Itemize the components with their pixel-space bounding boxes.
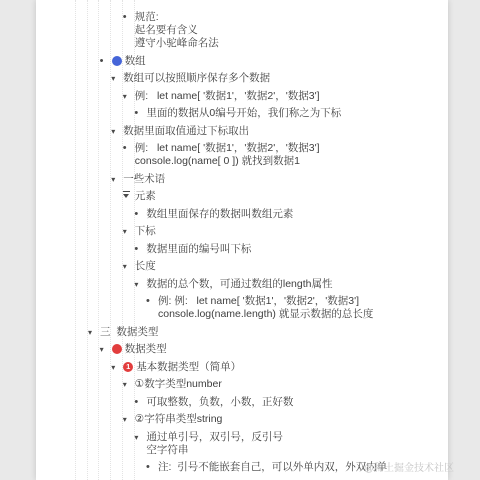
outline-item-text[interactable]: 里面的数据从0编号开始，我们称之为下标 [146,107,341,120]
collapse-arrow-icon[interactable]: ▾ [100,343,112,356]
red-dot-icon [112,344,122,354]
outline-item-text[interactable]: 数据里面取值通过下标取出 [123,125,249,138]
bullet-icon[interactable]: • [134,107,146,120]
bullet-icon[interactable]: • [134,208,146,221]
bullet-icon[interactable]: • [146,461,158,474]
outline-item[interactable]: ▾ 1基本数据类型（简单） [36,361,448,374]
collapse-arrow-icon[interactable]: ▾ [111,125,123,138]
collapse-arrow-icon[interactable]: ▾ [123,378,135,391]
outline-item[interactable]: • 例: 例: let name[ '数据1'，'数据2'，'数据3'] con… [36,295,448,321]
outline-item[interactable]: ▾ 通过单引号，双引号，反引号 空字符串 [36,431,448,457]
outline-item[interactable]: ▾ 数据类型 [36,343,448,356]
outline-item-text[interactable]: 例: let name[ '数据1'，'数据2'，'数据3'] [135,90,320,103]
outline-item[interactable]: ▾ 一些术语 [36,173,448,186]
outline-item[interactable]: ▾ 数据的总个数，可通过数组的length属性 [36,278,448,291]
bullet-icon[interactable]: • [146,295,158,308]
outline-item-text[interactable]: 可取整数，负数，小数，正好数 [146,396,293,409]
outline-item-text[interactable]: 下标 [135,225,156,238]
red-number-badge: 1 [123,362,133,372]
collapse-arrow-icon[interactable]: ▾ [123,90,135,103]
collapse-arrow-icon[interactable]: ▾ [123,413,135,426]
outline-item[interactable]: ▾ ①数字类型number [36,378,448,391]
outline-item[interactable]: ▾ 例: let name[ '数据1'，'数据2'，'数据3'] [36,90,448,103]
outline-item[interactable]: • 里面的数据从0编号开始，我们称之为下标 [36,107,448,120]
outline-item[interactable]: ▾ 下标 [36,225,448,238]
outline-item-text[interactable]: 数据里面的编号叫下标 [146,243,251,256]
outline-item-text[interactable]: 数据的总个数，可通过数组的length属性 [146,278,332,291]
outline-item-text[interactable]: 通过单引号，双引号，反引号 空字符串 [146,431,283,457]
blue-dot-icon [112,56,122,66]
outline-item-text[interactable]: 元素 [135,190,156,203]
outline-item[interactable]: • 规范: 起名要有含义 遵守小驼峰命名法 [36,11,448,50]
outline-item-text[interactable]: 长度 [135,260,156,273]
document-page: • 规范: 起名要有含义 遵守小驼峰命名法 • 数组 ▾ 数组可以按照顺序保存多… [36,0,448,480]
outline-item-text[interactable]: ②字符串类型string [135,413,223,426]
bullet-icon[interactable]: • [100,55,112,68]
watermark: @稀土掘金技术社区 [364,459,454,474]
outline-item[interactable]: ▾ 长度 [36,260,448,273]
bullet-icon[interactable]: • [123,142,135,155]
outline-item[interactable]: • 例: let name[ '数据1'，'数据2'，'数据3'] consol… [36,142,448,168]
collapse-arrow-icon[interactable]: ▾ [123,260,135,273]
collapse-arrow-icon[interactable]: ▾ [111,72,123,85]
outline-item-text[interactable]: 数组可以按照顺序保存多个数据 [123,72,270,85]
collapse-arrow-icon[interactable]: ▾ [123,225,135,238]
collapse-arrow-icon[interactable]: ▾ [134,278,146,291]
bullet-icon[interactable]: • [123,11,135,24]
outline-item-text[interactable]: 数组里面保存的数据叫数组元素 [146,208,293,221]
app-background: • 规范: 起名要有含义 遵守小驼峰命名法 • 数组 ▾ 数组可以按照顺序保存多… [0,0,480,480]
outline-item-text[interactable]: 三 数据类型 [100,326,158,339]
collapse-arrow-icon[interactable]: ▾ [88,326,100,339]
outline-item-text[interactable]: 规范: 起名要有含义 遵守小驼峰命名法 [135,11,219,50]
outline-item-text[interactable]: 注: 引号不能嵌套自己，可以外单内双，外双内单 [158,461,387,474]
outline-item-text[interactable]: 例: let name[ '数据1'，'数据2'，'数据3'] console.… [135,142,320,168]
outline-item-text[interactable]: 一些术语 [123,173,165,186]
collapse-arrow-icon[interactable]: ▾ [111,173,123,186]
outline-item[interactable]: ▾ 数据里面取值通过下标取出 [36,125,448,138]
collapsed-marker[interactable] [123,190,135,203]
outline-item-text[interactable]: 例: 例: let name[ '数据1'，'数据2'，'数据3'] conso… [158,295,373,321]
outline-item[interactable]: ▾ 三 数据类型 [36,326,448,339]
outline-item[interactable]: ▾ ②字符串类型string [36,413,448,426]
outline-item-text[interactable]: ①数字类型number [135,378,222,391]
outline-item-text[interactable]: 数组 [125,55,146,68]
outline-item[interactable]: • 可取整数，负数，小数，正好数 [36,396,448,409]
outline-item[interactable]: • 数组 [36,55,448,68]
outline-item[interactable]: 元素 [36,190,448,203]
outline-item[interactable]: ▾ 数组可以按照顺序保存多个数据 [36,72,448,85]
outline-item[interactable]: • 数组里面保存的数据叫数组元素 [36,208,448,221]
outline-item[interactable]: • 数据里面的编号叫下标 [36,243,448,256]
collapse-arrow-icon[interactable]: ▾ [111,361,123,374]
outline-item-text[interactable]: 基本数据类型（简单） [136,361,241,374]
outline-item-text[interactable]: 数据类型 [125,343,167,356]
bullet-icon[interactable]: • [134,396,146,409]
collapse-arrow-icon[interactable]: ▾ [134,431,146,444]
collapsed-node-icon [123,190,131,199]
bullet-icon[interactable]: • [134,243,146,256]
outline-list: • 规范: 起名要有含义 遵守小驼峰命名法 • 数组 ▾ 数组可以按照顺序保存多… [36,0,448,474]
